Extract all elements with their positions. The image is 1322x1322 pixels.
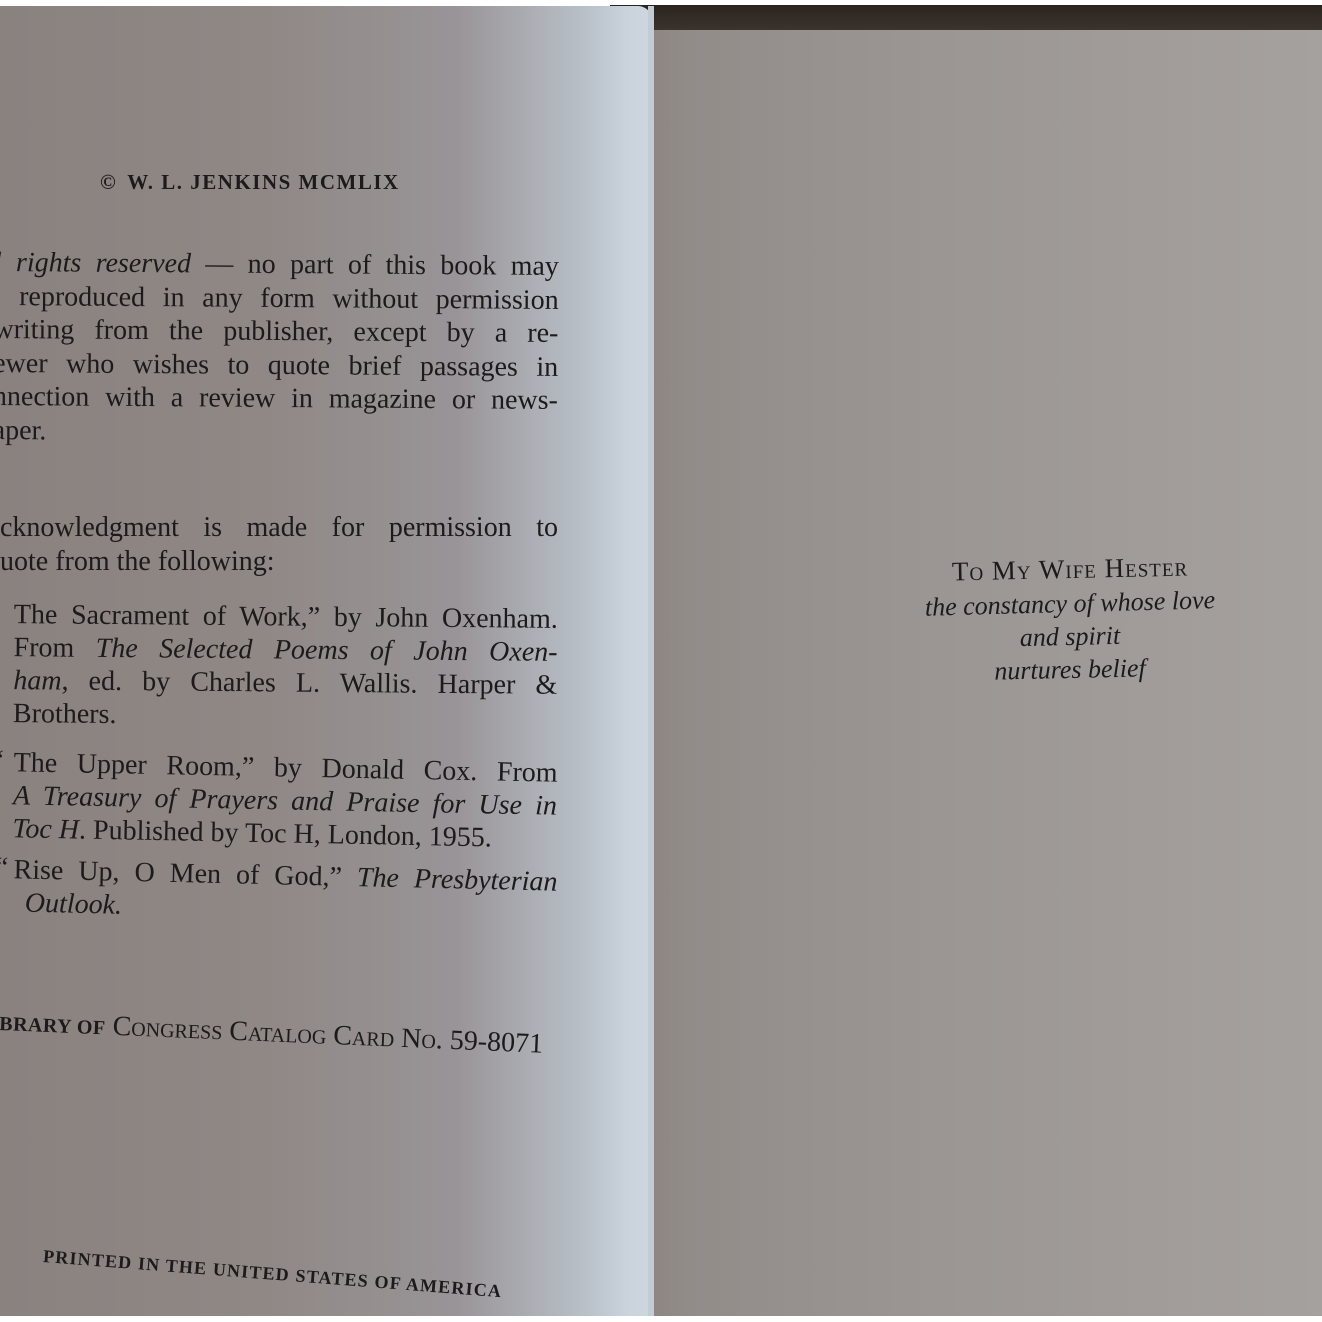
ack-intro-line: uote from the following: <box>0 545 558 579</box>
open-quote-mark: “ <box>0 851 8 884</box>
acknowledgment-item: ‘ The Upper Room,” by Donald Cox. From A… <box>0 746 558 856</box>
copyright-notice: ©W. L. JENKINS MCMLIX <box>100 170 400 195</box>
rights-line: writing from the publisher, except by a … <box>0 313 559 350</box>
copyright-page: ©W. L. JENKINS MCMLIX l rights reserved … <box>0 6 652 1318</box>
photo-border <box>0 1316 1322 1322</box>
acknowledgment-item: “ Rise Up, O Men of God,” The Presbyteri… <box>0 853 558 932</box>
open-book-photo: ©W. L. JENKINS MCMLIX l rights reserved … <box>0 0 1322 1322</box>
ack-intro-line: cknowledgment is made for permission to <box>0 511 558 545</box>
copyright-holder: W. L. JENKINS MCMLIX <box>127 170 400 194</box>
library-of-congress-card-number: BRARY OF Congress Catalog Card No. 59-80… <box>0 1006 544 1061</box>
rights-line: l rights reserved — no part of this book… <box>0 246 559 283</box>
page-edge <box>648 6 654 1318</box>
open-quote-mark: ‘ <box>0 744 5 777</box>
dedication-line: nurtures belief <box>880 649 1261 690</box>
acknowledgment-intro: cknowledgment is made for permission to … <box>0 511 558 579</box>
rights-line: aper. <box>0 413 558 450</box>
acknowledgment-list: The Sacrament of Work,” by John Oxenham.… <box>0 598 558 935</box>
rights-line: nnection with a review in magazine or ne… <box>0 380 558 417</box>
rights-reserved-paragraph: l rights reserved — no part of this book… <box>0 246 559 451</box>
rights-line: ewer who wishes to quote brief passages … <box>0 346 558 383</box>
printed-in-notice: PRINTED IN THE UNITED STATES OF AMERICA <box>42 1246 502 1302</box>
copyright-symbol-icon: © <box>100 170 117 195</box>
dedication: To My Wife Hester the constancy of whose… <box>880 554 1260 686</box>
acknowledgment-item: The Sacrament of Work,” by John Oxenham.… <box>0 598 558 735</box>
rights-line: : reproduced in any form without permiss… <box>0 279 559 316</box>
